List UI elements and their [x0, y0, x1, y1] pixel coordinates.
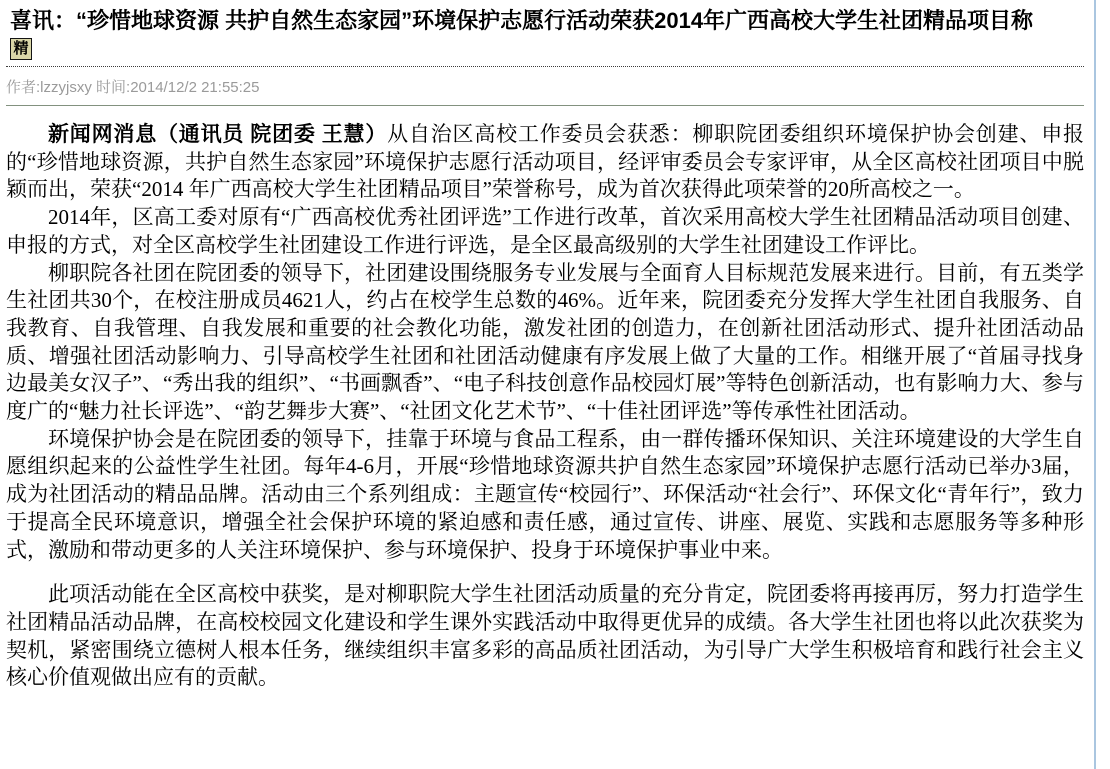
author-label: 作者:: [6, 79, 40, 96]
title-badge-row: 精: [10, 38, 1084, 61]
paragraph-1-lead: 新闻网消息（通讯员 院团委 王慧）: [48, 122, 387, 146]
time-value: 2014/12/2 21:55:25: [130, 79, 259, 96]
article-body: 新闻网消息（通讯员 院团委 王慧）从自治区高校工作委员会获悉：柳职院团委组织环境…: [6, 121, 1084, 692]
essence-badge-icon: 精: [10, 38, 32, 60]
paragraph-2: 2014年，区高工委对原有“广西高校优秀社团评选”工作进行改革，首次采用高校大学…: [6, 204, 1084, 259]
author-value: lzzyjsxy: [40, 79, 92, 96]
page-title: 喜讯：“珍惜地球资源 共护自然生态家园”环境保护志愿行活动荣获2014年广西高校…: [10, 7, 1084, 34]
article-meta: 作者:lzzyjsxy 时间:2014/12/2 21:55:25: [6, 67, 1084, 105]
article-page: 喜讯：“珍惜地球资源 共护自然生态家园”环境保护志愿行活动荣获2014年广西高校…: [0, 0, 1096, 769]
time-label: 时间:: [96, 79, 130, 96]
paragraph-4: 环境保护协会是在院团委的领导下，挂靠于环境与食品工程系，由一群传播环保知识、关注…: [6, 426, 1084, 565]
solid-separator: [6, 105, 1084, 106]
paragraph-1: 新闻网消息（通讯员 院团委 王慧）从自治区高校工作委员会获悉：柳职院团委组织环境…: [6, 121, 1084, 204]
paragraph-5: 此项活动能在全区高校中获奖，是对柳职院大学生社团活动质量的充分肯定，院团委将再接…: [6, 581, 1084, 692]
paragraph-3: 柳职院各社团在院团委的领导下，社团建设围绕服务专业发展与全面育人目标规范发展来进…: [6, 260, 1084, 426]
